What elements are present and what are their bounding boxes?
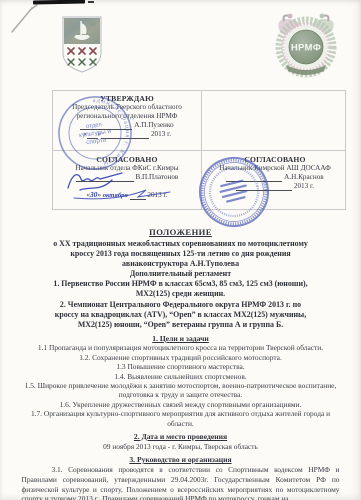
goal-item: 1.3 Повышение спортивного мастерства. bbox=[25, 362, 337, 371]
section-date-place: 2. Дата и место проведения 09 ноября 201… bbox=[18, 432, 343, 451]
title-line: о XX традиционных межобластных соревнова… bbox=[18, 239, 343, 249]
section-heading-goals: 1. Цели и задачи bbox=[18, 334, 343, 344]
date-place-item: 09 ноября 2013 года - г. Кимры, Тверская… bbox=[25, 442, 337, 451]
document-body: ПОЛОЖЕНИЕ о XX традиционных межобластных… bbox=[18, 227, 343, 500]
title-line: 1. Первенство России НРМФ в классах 65см… bbox=[18, 279, 343, 289]
pen-stroke-icon bbox=[68, 186, 178, 202]
goal-item: 1.1 Пропаганда и популяризация мотоцикле… bbox=[25, 343, 337, 352]
title-line: кроссу 2013 года посвященных 125-ти лети… bbox=[18, 249, 343, 259]
nrmf-emblem-icon: НРМФ bbox=[272, 9, 340, 79]
section-heading-date-place: 2. Дата и место проведения bbox=[18, 432, 343, 442]
title-line: МХ2(125) среди женщин. bbox=[18, 289, 343, 299]
nrmf-badge-label: НРМФ bbox=[291, 43, 321, 54]
agreed-right-name: А.Н.Краснов bbox=[284, 173, 324, 181]
kimry-coat-of-arms-icon bbox=[60, 15, 104, 75]
management-paragraph: 3.1. Соревнования проводятся в соответст… bbox=[22, 465, 340, 500]
culture-department-stamp-icon: администрация г. Кимры отдел культуры и … bbox=[50, 88, 140, 178]
goal-item: 1.2. Сохранение спортивных традиций росс… bbox=[25, 353, 337, 362]
title-line: авиаконструктора А.Н.Туполева bbox=[18, 259, 343, 269]
goal-item: 1.7. Организация культурно-спортивного м… bbox=[25, 409, 337, 428]
scanned-document-page: НРМФ УТВЕРЖДАЮ Председатель Тверского об… bbox=[0, 0, 361, 500]
title-line: МХ2(125) юноши, “Open” ветераны группа А… bbox=[18, 320, 343, 330]
title-lines: о XX традиционных межобластных соревнова… bbox=[18, 239, 343, 330]
scan-scratch-mark bbox=[6, 2, 46, 38]
scan-artifact-dot bbox=[88, 1, 94, 3]
title-line: кроссу на квадроциклах (ATV), “Open” в к… bbox=[18, 310, 343, 320]
document-title: ПОЛОЖЕНИЕ bbox=[18, 227, 343, 237]
section-heading-management: 3. Руководство и организация bbox=[18, 455, 343, 465]
goal-item: 1.6. Укрепление дружественных связей меж… bbox=[25, 400, 337, 409]
section-goals: 1. Цели и задачи 1.1 Пропаганда и популя… bbox=[18, 334, 343, 428]
title-line: Дополнительный регламент bbox=[18, 269, 343, 279]
stamp-line: спорта bbox=[86, 136, 107, 146]
goal-item: 1.4. Выявление сильнейших спортсменов. bbox=[25, 372, 337, 381]
approve-name: А.П.Пузенко bbox=[134, 121, 173, 129]
approve-year: 2013 г. bbox=[151, 130, 171, 138]
goals-items: 1.1 Пропаганда и популяризация мотоцикле… bbox=[18, 343, 343, 428]
section-management: 3. Руководство и организация 3.1. Соревн… bbox=[18, 455, 343, 500]
goal-item: 1.5. Широкое привлечение молодёжи к заня… bbox=[25, 381, 337, 400]
date-place-items: 09 ноября 2013 года - г. Кимры, Тверская… bbox=[18, 442, 343, 451]
agreed-right-year: 2013 г. bbox=[294, 182, 314, 190]
management-items: 3.1. Соревнования проводятся в соответст… bbox=[18, 465, 343, 500]
title-line: 2. Чемпионат Центрального Федерального о… bbox=[18, 300, 343, 310]
